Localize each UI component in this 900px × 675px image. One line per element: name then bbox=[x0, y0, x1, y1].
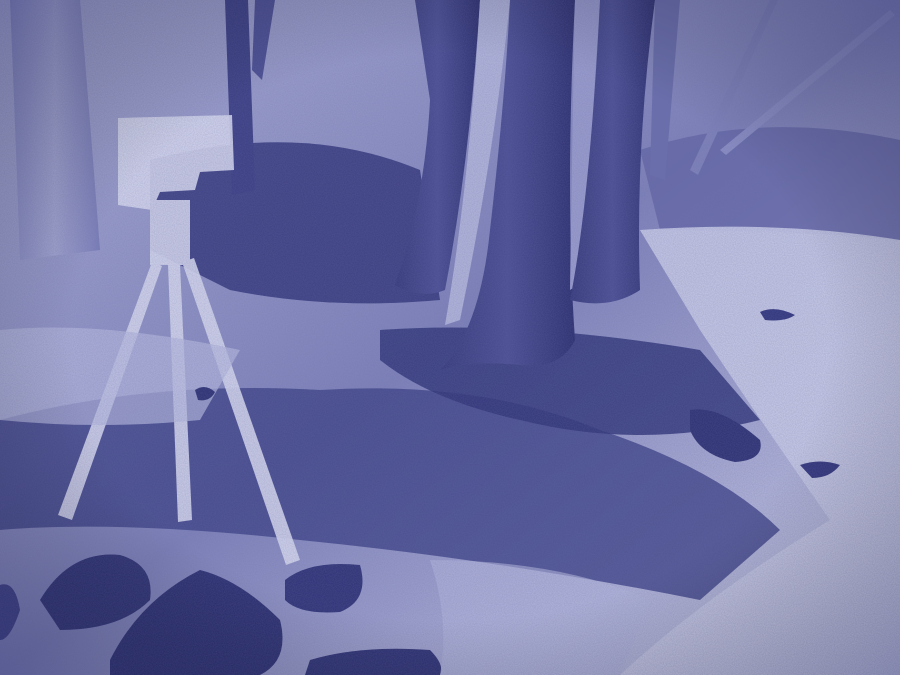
forest-photo bbox=[0, 0, 900, 675]
vignette bbox=[0, 0, 900, 675]
photo-scene bbox=[0, 0, 900, 675]
